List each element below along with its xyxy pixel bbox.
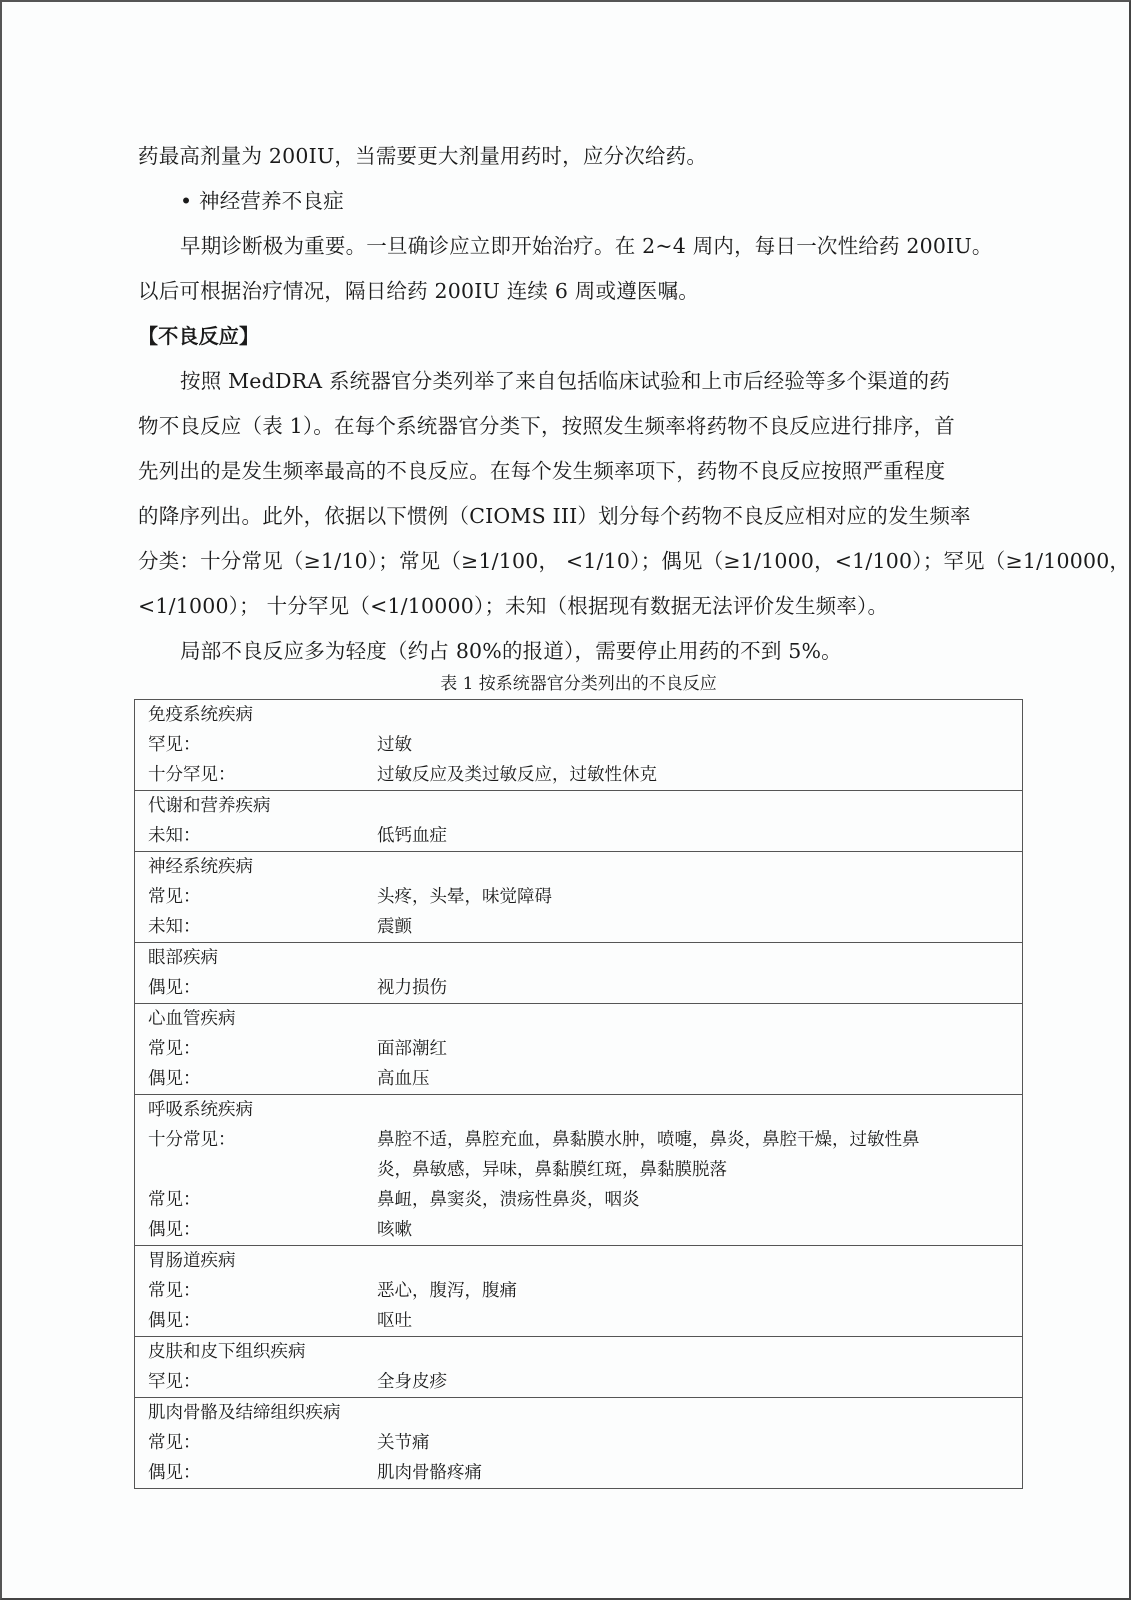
paragraph-meddra-line6: <1/1000）； 十分罕见（<1/10000）；未知（根据现有数据无法评价发生… xyxy=(138,591,1023,621)
reaction-list: 肌肉骨骼疼痛 xyxy=(377,1458,1022,1488)
table-row: 未知：低钙血症 xyxy=(148,821,1022,851)
paragraph-meddra-line3: 先列出的是发生频率最高的不良反应。在每个发生频率项下，药物不良反应按照严重程度 xyxy=(138,456,1023,486)
table-row: 常见：关节痛 xyxy=(148,1428,1022,1458)
system-organ-class-title: 呼吸系统疾病 xyxy=(148,1095,1022,1125)
table-row: 常见：鼻衄，鼻窦炎，溃疡性鼻炎，咽炎 xyxy=(148,1185,1022,1215)
reaction-list: 关节痛 xyxy=(377,1428,1022,1458)
reaction-list: 高血压 xyxy=(377,1064,1022,1094)
table-row: 常见：恶心，腹泻，腹痛 xyxy=(148,1276,1022,1306)
frequency-label: 罕见： xyxy=(148,730,377,760)
table-section: 呼吸系统疾病十分常见：鼻腔不适，鼻腔充血，鼻黏膜水肿，喷嚏，鼻炎，鼻腔干燥，过敏… xyxy=(135,1094,1022,1245)
system-organ-class-title: 心血管疾病 xyxy=(148,1004,1022,1034)
system-organ-class-title: 神经系统疾病 xyxy=(148,852,1022,882)
reaction-line: 高血压 xyxy=(377,1064,1002,1094)
table-row: 未知：震颤 xyxy=(148,912,1022,942)
paragraph-meddra-line1: 按照 MedDRA 系统器官分类列举了来自包括临床试验和上市后经验等多个渠道的药 xyxy=(180,366,1065,396)
frequency-label: 常见： xyxy=(148,1185,377,1215)
reaction-list: 视力损伤 xyxy=(377,973,1022,1003)
table-row: 常见：头疼，头晕，味觉障碍 xyxy=(148,882,1022,912)
reaction-list: 鼻腔不适，鼻腔充血，鼻黏膜水肿，喷嚏，鼻炎，鼻腔干燥，过敏性鼻炎，鼻敏感，异味，… xyxy=(377,1125,1022,1185)
table-section: 神经系统疾病常见：头疼，头晕，味觉障碍未知：震颤 xyxy=(135,851,1022,942)
paragraph-local-reactions: 局部不良反应多为轻度（约占 80%的报道），需要停止用药的不到 5%。 xyxy=(180,636,1065,666)
paragraph-meddra-line2: 物不良反应（表 1）。在每个系统器官分类下，按照发生频率将药物不良反应进行排序，… xyxy=(138,411,1023,441)
reaction-list: 头疼，头晕，味觉障碍 xyxy=(377,882,1022,912)
reaction-line: 视力损伤 xyxy=(377,973,1002,1003)
reaction-list: 面部潮红 xyxy=(377,1034,1022,1064)
reaction-line: 过敏 xyxy=(377,730,1002,760)
table-section: 免疫系统疾病罕见：过敏十分罕见：过敏反应及类过敏反应，过敏性休克 xyxy=(135,700,1022,790)
table-row: 偶见：咳嗽 xyxy=(148,1215,1022,1245)
table-row: 常见：面部潮红 xyxy=(148,1034,1022,1064)
reaction-list: 过敏反应及类过敏反应，过敏性休克 xyxy=(377,760,1022,790)
reaction-list: 过敏 xyxy=(377,730,1022,760)
table-caption: 表 1 按系统器官分类列出的不良反应 xyxy=(134,672,1023,696)
reaction-line: 鼻衄，鼻窦炎，溃疡性鼻炎，咽炎 xyxy=(377,1185,1002,1215)
reaction-line: 过敏反应及类过敏反应，过敏性休克 xyxy=(377,760,1002,790)
table-section: 皮肤和皮下组织疾病罕见：全身皮疹 xyxy=(135,1336,1022,1397)
frequency-label: 常见： xyxy=(148,1276,377,1306)
table-row: 罕见：全身皮疹 xyxy=(148,1367,1022,1397)
system-organ-class-title: 免疫系统疾病 xyxy=(148,700,1022,730)
frequency-label: 偶见： xyxy=(148,973,377,1003)
reaction-line: 全身皮疹 xyxy=(377,1367,1002,1397)
table-row: 偶见：呕吐 xyxy=(148,1306,1022,1336)
table-row: 十分罕见：过敏反应及类过敏反应，过敏性休克 xyxy=(148,760,1022,790)
frequency-label: 偶见： xyxy=(148,1064,377,1094)
bullet-neurotrophic: • 神经营养不良症 xyxy=(180,186,1065,216)
table-section: 肌肉骨骼及结缔组织疾病常见：关节痛偶见：肌肉骨骼疼痛 xyxy=(135,1397,1022,1488)
system-organ-class-title: 胃肠道疾病 xyxy=(148,1246,1022,1276)
table-section: 心血管疾病常见：面部潮红偶见：高血压 xyxy=(135,1003,1022,1094)
adverse-reactions-table: 免疫系统疾病罕见：过敏十分罕见：过敏反应及类过敏反应，过敏性休克代谢和营养疾病未… xyxy=(134,699,1023,1489)
reaction-line: 炎，鼻敏感，异味，鼻黏膜红斑，鼻黏膜脱落 xyxy=(377,1155,1002,1185)
reaction-line: 呕吐 xyxy=(377,1306,1002,1336)
reaction-list: 全身皮疹 xyxy=(377,1367,1022,1397)
frequency-label: 偶见： xyxy=(148,1458,377,1488)
reaction-list: 鼻衄，鼻窦炎，溃疡性鼻炎，咽炎 xyxy=(377,1185,1022,1215)
table-section: 胃肠道疾病常见：恶心，腹泻，腹痛偶见：呕吐 xyxy=(135,1245,1022,1336)
reaction-list: 呕吐 xyxy=(377,1306,1022,1336)
frequency-label: 未知： xyxy=(148,821,377,851)
reaction-line: 恶心，腹泻，腹痛 xyxy=(377,1276,1002,1306)
reaction-list: 恶心，腹泻，腹痛 xyxy=(377,1276,1022,1306)
table-row: 偶见：肌肉骨骼疼痛 xyxy=(148,1458,1022,1488)
table-section: 代谢和营养疾病未知：低钙血症 xyxy=(135,790,1022,851)
paragraph-meddra-line4: 的降序列出。此外，依据以下惯例（CIOMS III）划分每个药物不良反应相对应的… xyxy=(138,501,1023,531)
table-section: 眼部疾病偶见：视力损伤 xyxy=(135,942,1022,1003)
frequency-label: 常见： xyxy=(148,1428,377,1458)
reaction-list: 震颤 xyxy=(377,912,1022,942)
reaction-line: 面部潮红 xyxy=(377,1034,1002,1064)
table-row: 偶见：视力损伤 xyxy=(148,973,1022,1003)
frequency-label: 偶见： xyxy=(148,1306,377,1336)
system-organ-class-title: 眼部疾病 xyxy=(148,943,1022,973)
frequency-label: 偶见： xyxy=(148,1215,377,1245)
system-organ-class-title: 代谢和营养疾病 xyxy=(148,791,1022,821)
frequency-label: 十分罕见： xyxy=(148,760,377,790)
frequency-label: 未知： xyxy=(148,912,377,942)
reaction-line: 关节痛 xyxy=(377,1428,1002,1458)
reaction-list: 低钙血症 xyxy=(377,821,1022,851)
paragraph-meddra-line5: 分类：十分常见（≥1/10）；常见（≥1/100， <1/10）；偶见（≥1/1… xyxy=(138,546,1023,576)
table-row: 偶见：高血压 xyxy=(148,1064,1022,1094)
reaction-line: 肌肉骨骼疼痛 xyxy=(377,1458,1002,1488)
reaction-line: 鼻腔不适，鼻腔充血，鼻黏膜水肿，喷嚏，鼻炎，鼻腔干燥，过敏性鼻 xyxy=(377,1125,1002,1155)
system-organ-class-title: 肌肉骨骼及结缔组织疾病 xyxy=(148,1398,1022,1428)
frequency-label: 常见： xyxy=(148,1034,377,1064)
paragraph-early-diagnosis-line1: 早期诊断极为重要。一旦确诊应立即开始治疗。在 2~4 周内，每日一次性给药 20… xyxy=(180,231,1065,261)
reaction-line: 低钙血症 xyxy=(377,821,1002,851)
table-row: 罕见：过敏 xyxy=(148,730,1022,760)
reaction-line: 震颤 xyxy=(377,912,1002,942)
paragraph-dosage-continued: 药最高剂量为 200IU，当需要更大剂量用药时，应分次给药。 xyxy=(138,141,1023,171)
reaction-list: 咳嗽 xyxy=(377,1215,1022,1245)
system-organ-class-title: 皮肤和皮下组织疾病 xyxy=(148,1337,1022,1367)
paragraph-early-diagnosis-line2: 以后可根据治疗情况，隔日给药 200IU 连续 6 周或遵医嘱。 xyxy=(138,276,1023,306)
frequency-label: 十分常见： xyxy=(148,1125,377,1185)
section-heading-adverse-reactions: 【不良反应】 xyxy=(138,321,1023,351)
frequency-label: 常见： xyxy=(148,882,377,912)
reaction-line: 头疼，头晕，味觉障碍 xyxy=(377,882,1002,912)
reaction-line: 咳嗽 xyxy=(377,1215,1002,1245)
table-row: 十分常见：鼻腔不适，鼻腔充血，鼻黏膜水肿，喷嚏，鼻炎，鼻腔干燥，过敏性鼻炎，鼻敏… xyxy=(148,1125,1022,1185)
frequency-label: 罕见： xyxy=(148,1367,377,1397)
